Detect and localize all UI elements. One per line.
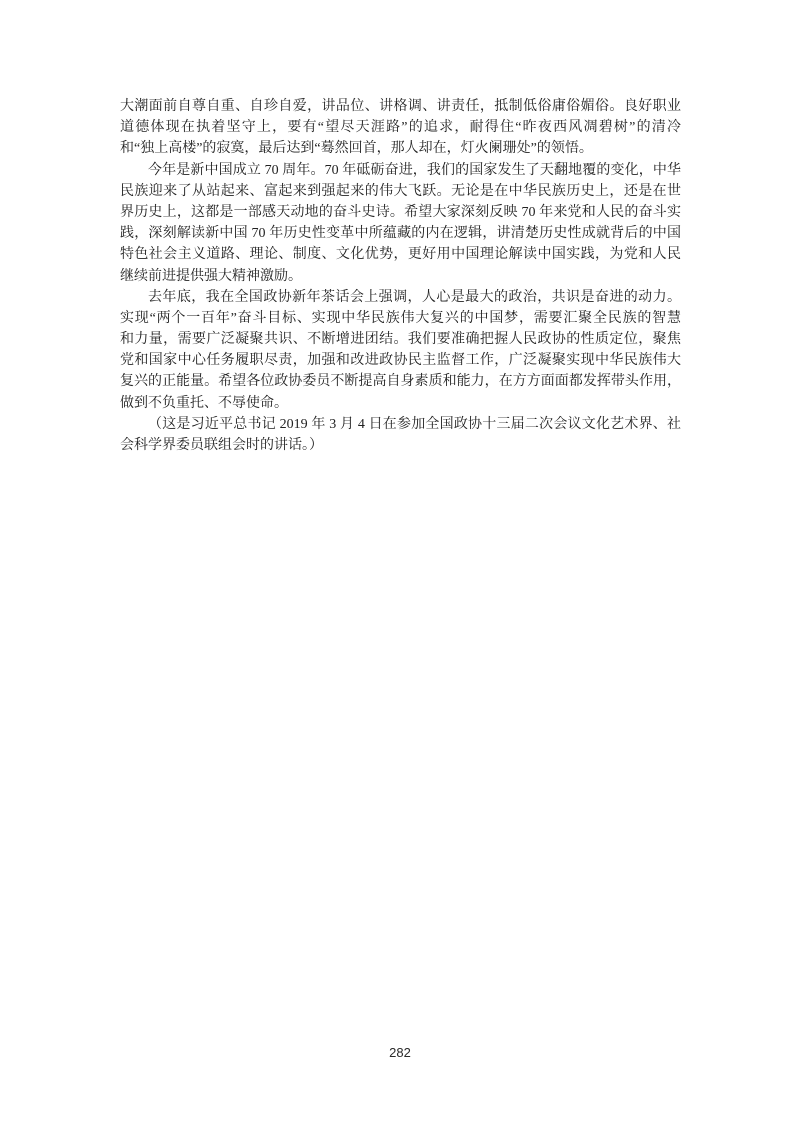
text-line: 特色社会主义道路、理论、制度、文化优势，更好用中国理论解读中国实践，为党和人民 [120, 244, 681, 265]
page-number: 282 [0, 1045, 800, 1060]
text-line: （这是习近平总书记 2019 年 3 月 4 日在参加全国政协十三届二次会议文化… [120, 414, 681, 435]
text-line: 继续前进提供强大精神激励。 [120, 266, 681, 287]
text-line: 践，深刻解读新中国 70 年历史性变革中所蕴藏的内在逻辑，讲清楚历史性成就背后的… [120, 223, 681, 244]
text-line: 和力量，需要广泛凝聚共识、不断增进团结。我们要准确把握人民政协的性质定位，聚焦 [120, 329, 681, 350]
document-page: 大潮面前自尊自重、自珍自爱，讲品位、讲格调、讲责任，抵制低俗庸俗媚俗。良好职业 … [0, 0, 800, 1133]
text-line: 今年是新中国成立 70 周年。70 年砥砺奋进，我们的国家发生了天翻地覆的变化，… [120, 160, 681, 181]
text-line: 去年底，我在全国政协新年茶话会上强调，人心是最大的政治，共识是奋进的动力。 [120, 287, 681, 308]
text-line: 实现“两个一百年”奋斗目标、实现中华民族伟大复兴的中国梦，需要汇聚全民族的智慧 [120, 308, 681, 329]
text-line: 做到不负重托、不辱使命。 [120, 393, 681, 414]
text-line: 复兴的正能量。希望各位政协委员不断提高自身素质和能力，在方方面面都发挥带头作用， [120, 371, 681, 392]
text-line: 界历史上，这都是一部感天动地的奋斗史诗。希望大家深刻反映 70 年来党和人民的奋… [120, 202, 681, 223]
text-line: 民族迎来了从站起来、富起来到强起来的伟大飞跃。无论是在中华民族历史上，还是在世 [120, 181, 681, 202]
text-line: 大潮面前自尊自重、自珍自爱，讲品位、讲格调、讲责任，抵制低俗庸俗媚俗。良好职业 [120, 96, 681, 117]
body-text: 大潮面前自尊自重、自珍自爱，讲品位、讲格调、讲责任，抵制低俗庸俗媚俗。良好职业 … [120, 96, 681, 456]
text-line: 道德体现在执着坚守上，要有“望尽天涯路”的追求，耐得住“昨夜西风凋碧树”的清冷 [120, 117, 681, 138]
text-line: 会科学界委员联组会时的讲话。） [120, 435, 681, 456]
text-line: 和“独上高楼”的寂寞，最后达到“蓦然回首，那人却在，灯火阑珊处”的领悟。 [120, 138, 681, 159]
text-line: 党和国家中心任务履职尽责，加强和改进政协民主监督工作，广泛凝聚实现中华民族伟大 [120, 350, 681, 371]
